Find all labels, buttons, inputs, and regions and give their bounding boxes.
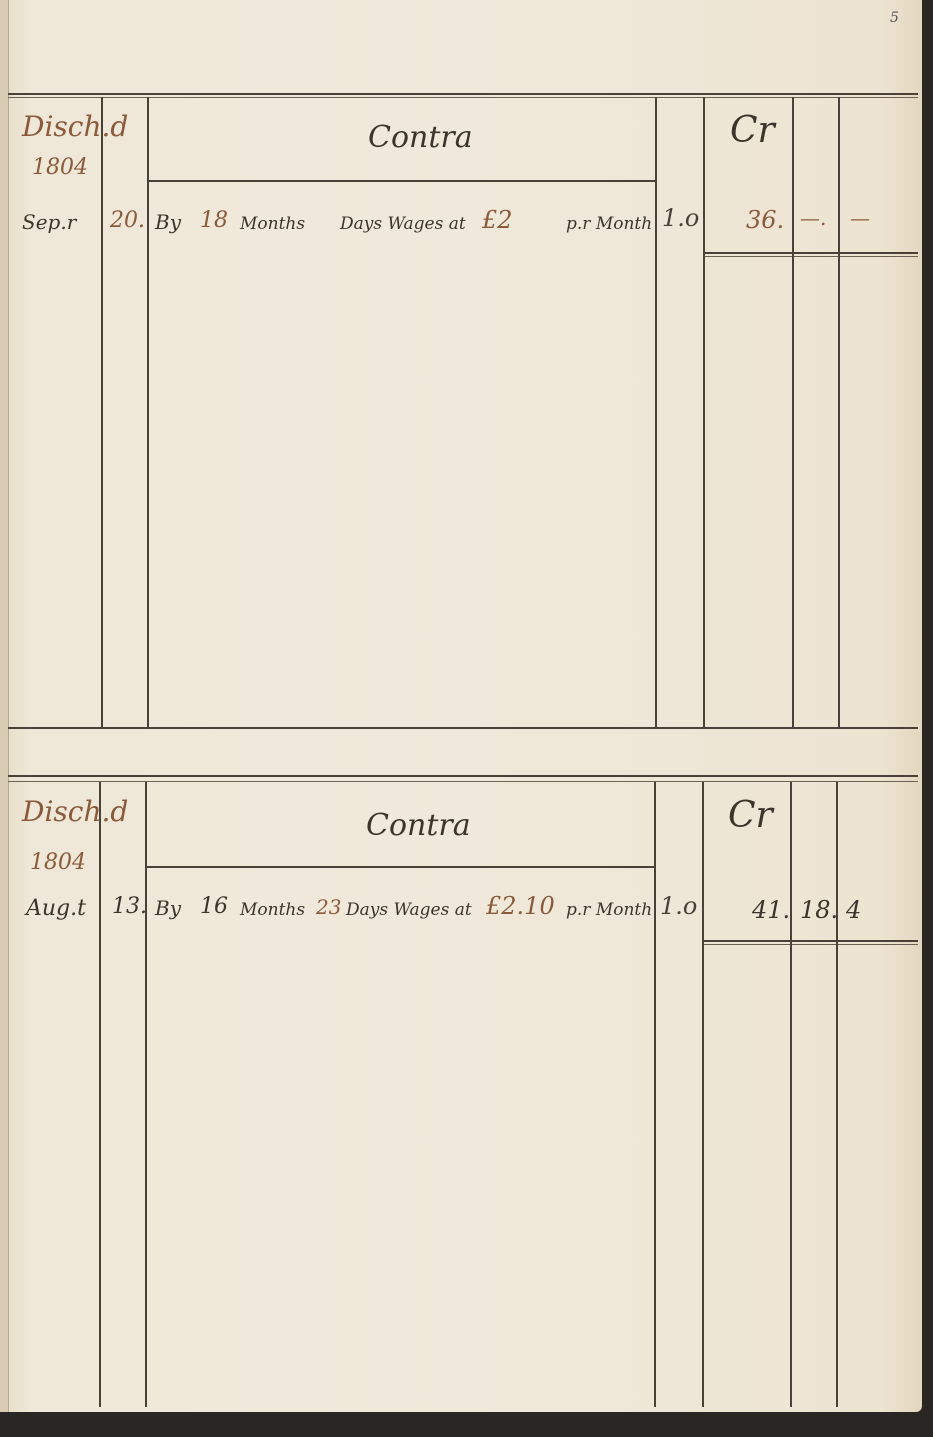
contra-header: Contra — [366, 808, 471, 843]
rule — [654, 782, 656, 1407]
entry-shillings: 18. — [800, 896, 838, 924]
page-number: 5 — [890, 10, 899, 26]
account-name: Disch.d — [22, 795, 128, 828]
entry-per-month: p.r Month — [566, 214, 652, 234]
ledger-page: 5 Disch.d 1804 Contra Cr Sep.r 20. By 18… — [0, 0, 922, 1412]
rule — [703, 256, 918, 257]
contra-header: Contra — [368, 120, 473, 155]
entry-shillings: —. — [800, 206, 826, 230]
entry-days: 23 — [316, 895, 341, 919]
year: 1804 — [32, 155, 88, 180]
entry-day: 13. — [112, 894, 147, 919]
entry-months-label: Months — [240, 214, 305, 234]
entry-pence: — — [850, 206, 870, 230]
year: 1804 — [30, 850, 86, 875]
rule — [703, 940, 918, 942]
entry-months: 16 — [200, 894, 228, 919]
rule — [147, 866, 655, 868]
entry-pounds: 41. — [752, 896, 790, 924]
rule — [147, 180, 657, 182]
entry-by: By — [155, 210, 181, 234]
rule — [703, 252, 918, 254]
rule — [790, 782, 792, 1407]
rule — [702, 782, 704, 1407]
rule — [703, 97, 705, 727]
rule — [8, 775, 918, 777]
entry-days-label: Days Wages at — [340, 214, 466, 234]
rule — [838, 97, 840, 727]
rule — [655, 97, 657, 727]
entry-month: Sep.r — [22, 210, 76, 234]
rule — [147, 97, 149, 727]
account-name: Disch.d — [22, 110, 128, 143]
entry-days-label: Days Wages at — [346, 900, 472, 920]
rule — [145, 782, 147, 1407]
credit-header: Cr — [730, 110, 775, 151]
entry-rate: £2.10 — [486, 892, 555, 920]
entry-months: 18 — [200, 208, 228, 233]
entry-pence: 4 — [846, 896, 861, 924]
rule — [792, 97, 794, 727]
rule — [836, 782, 838, 1407]
rule — [8, 727, 918, 729]
entry-rate: £2 — [482, 206, 513, 234]
credit-header: Cr — [728, 795, 773, 836]
rule — [703, 944, 918, 945]
entry-folio: 1.o — [660, 892, 697, 920]
entry-pounds: 36. — [746, 206, 784, 234]
rule — [101, 97, 103, 727]
entry-day: 20. — [110, 208, 145, 233]
rule — [8, 93, 918, 95]
entry-month: Aug.t — [26, 896, 86, 921]
entry-folio: 1.o — [662, 204, 699, 232]
entry-months-label: Months — [240, 900, 305, 920]
binding-gutter — [0, 0, 9, 1412]
entry-by: By — [155, 896, 181, 920]
rule — [99, 782, 101, 1407]
rule — [8, 97, 918, 98]
entry-per-month: p.r Month — [566, 900, 652, 920]
